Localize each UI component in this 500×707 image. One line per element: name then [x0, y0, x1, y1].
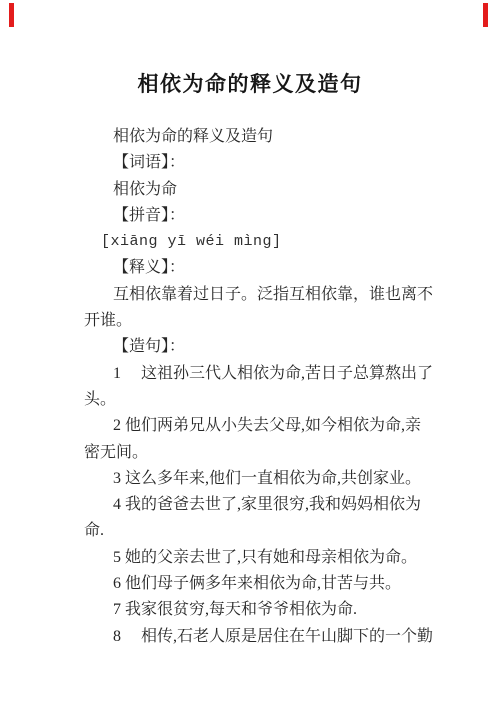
text-line: 开谁。: [84, 308, 424, 334]
text-line: 【造句】：: [84, 334, 424, 360]
page-corner-mark-left: [9, 3, 14, 27]
text-line: 5 她的父亲去世了,只有她和母亲相依为命。: [84, 545, 424, 571]
text-line: 相依为命的释义及造句: [84, 124, 424, 150]
text-line: [xiāng yī wéi mìng]: [84, 229, 424, 255]
text-line: 6 他们母子俩多年来相依为命,甘苦与共。: [84, 571, 424, 597]
text-line: 8 相传,石老人原是居住在午山脚下的一个勤: [84, 624, 424, 650]
document-page: { "page": { "background_color": "#ffffff…: [0, 0, 500, 707]
text-line: 1 这祖孙三代人相依为命,苦日子总算熬出了: [84, 361, 424, 387]
text-line: 3 这么多年来,他们一直相依为命,共创家业。: [84, 466, 424, 492]
page-corner-mark-right: [483, 3, 488, 27]
text-line: 【词语】：: [84, 150, 424, 176]
document-text-body: 相依为命的释义及造句【词语】：相依为命【拼音】：[xiāng yī wéi mì…: [84, 124, 424, 650]
text-line: 互相依靠着过日子。泛指互相依靠，谁也离不: [84, 282, 424, 308]
text-line: 7 我家很贫穷,每天和爷爷相依为命.: [84, 597, 424, 623]
text-line: 【拼音】：: [84, 203, 424, 229]
text-line: 【释义】：: [84, 255, 424, 281]
text-line: 头。: [84, 387, 424, 413]
page-title: 相依为命的释义及造句: [0, 73, 500, 97]
text-line: 2 他们两弟兄从小失去父母,如今相依为命,亲: [84, 413, 424, 439]
text-line: 密无间。: [84, 440, 424, 466]
text-line: 相依为命: [84, 177, 424, 203]
text-line: 4 我的爸爸去世了,家里很穷,我和妈妈相依为: [84, 492, 424, 518]
text-line: 命.: [84, 518, 424, 544]
